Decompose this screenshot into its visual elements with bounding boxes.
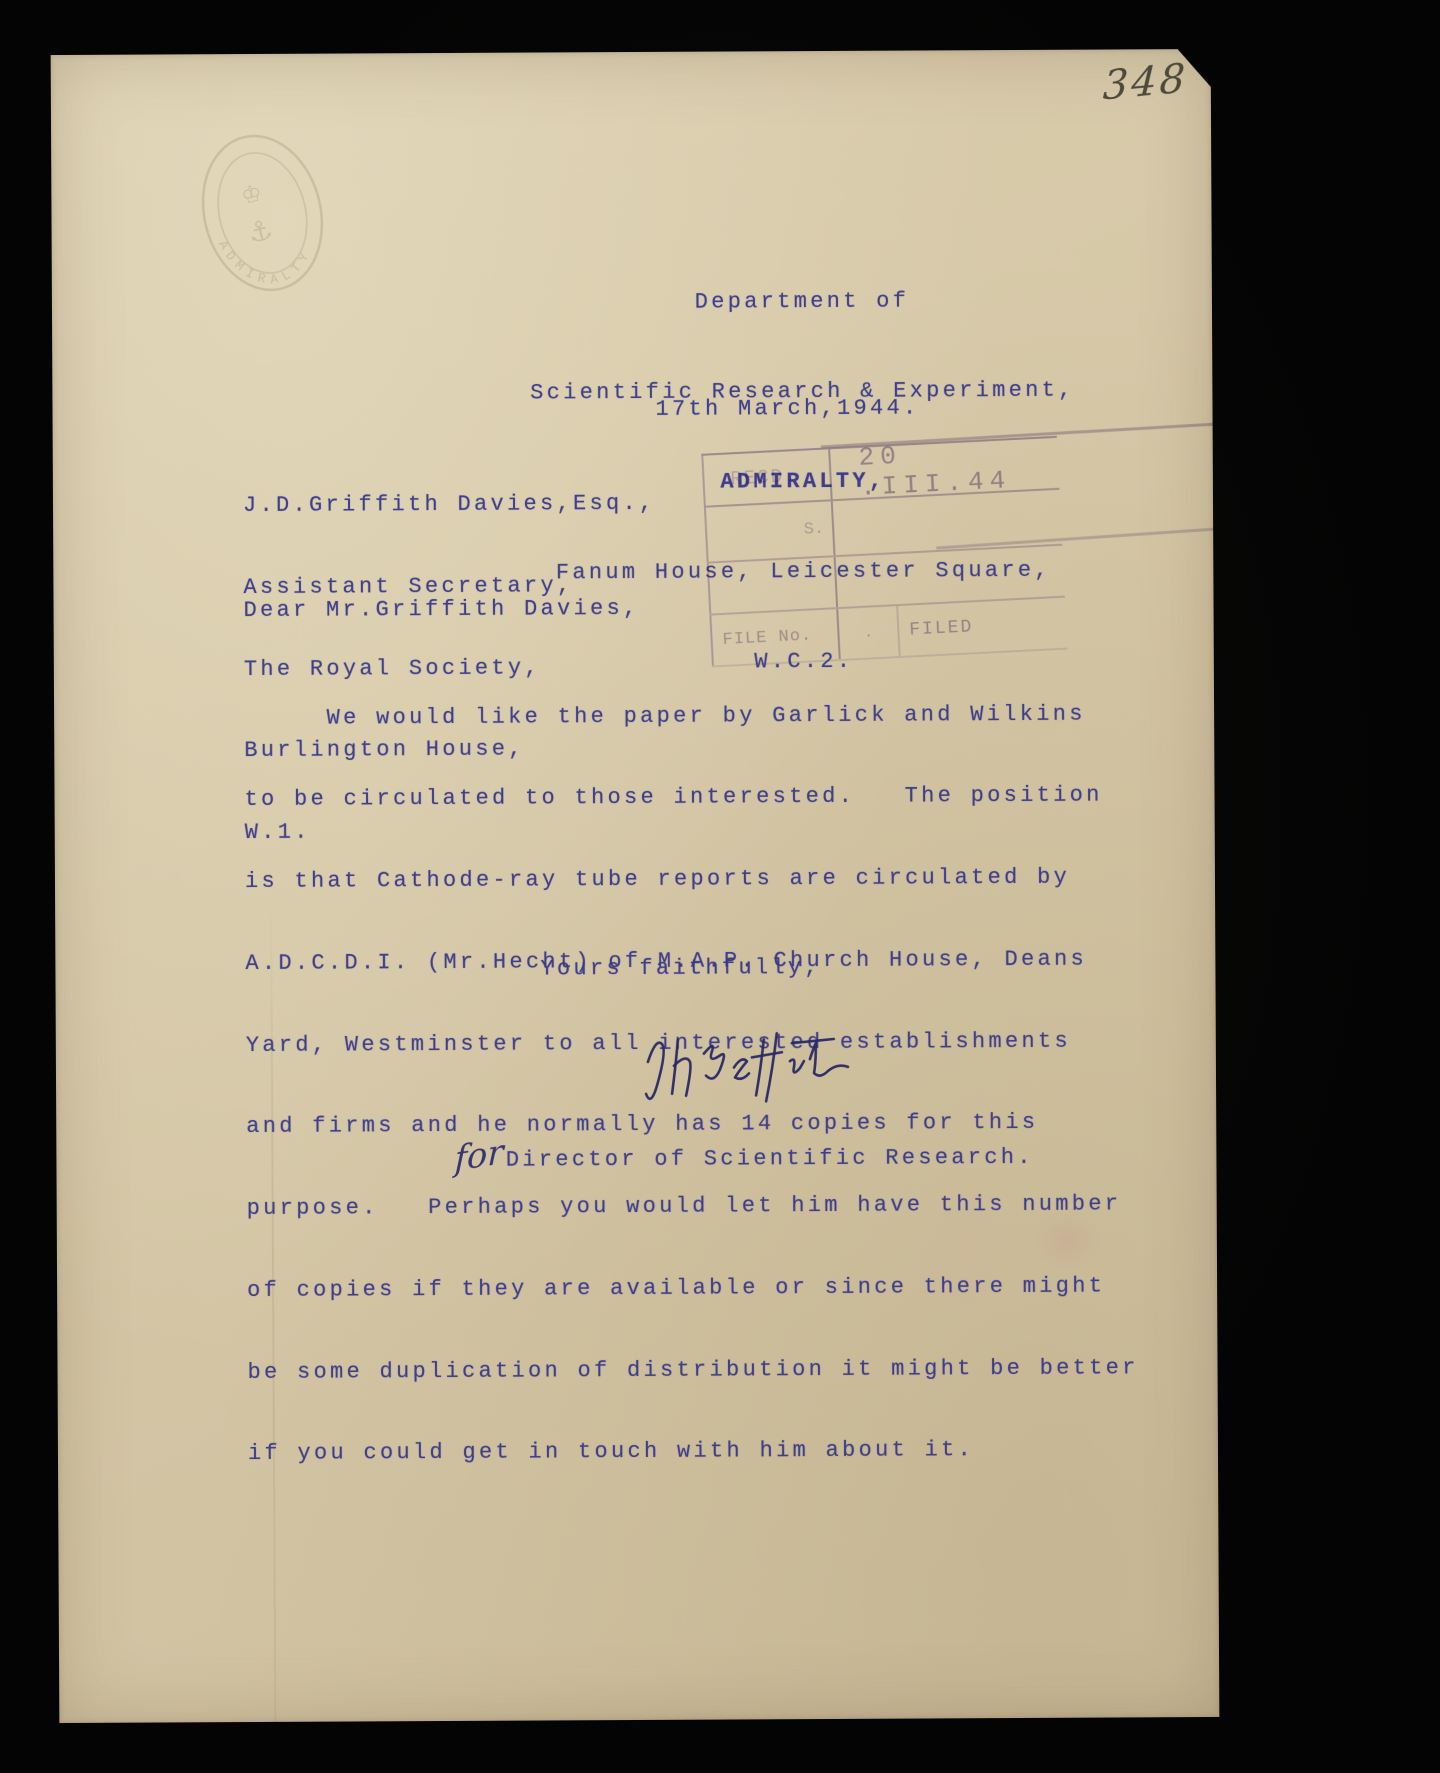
scanned-letter-photograph: ♔ ⚓ ADMIRALTY 348 Department of Scientif… <box>0 0 1440 1773</box>
body-line: purpose. Perhaps you would let him have … <box>247 1190 1138 1222</box>
stamp-filed-label: FILED <box>899 617 974 641</box>
closing-valediction: Yours faithfully, <box>540 954 821 983</box>
signoff-row: for Director of Scientific Research. <box>454 1132 1034 1169</box>
crown-icon: ♔ <box>239 176 265 213</box>
body-line: is that Cathode-ray tube reports are cir… <box>245 863 1136 895</box>
body-line: to be circulated to those interested. Th… <box>244 782 1135 814</box>
anchor-icon: ⚓ <box>246 212 275 254</box>
body-line: be some duplication of distribution it m… <box>247 1354 1138 1386</box>
stamp-s-label: S. <box>803 519 832 539</box>
admiralty-embossed-seal-icon: ♔ ⚓ ADMIRALTY <box>178 115 346 312</box>
letter-date: 17th March,1944. <box>655 395 919 424</box>
body-line: of copies if they are available or since… <box>247 1272 1138 1304</box>
stamp-recd-label: RECD. <box>704 465 798 492</box>
stamp-file-no-label: FILE No. <box>712 626 812 650</box>
body-line: We would like the paper by Garlick and W… <box>244 700 1135 732</box>
salutation: Dear Mr.Griffith Davies, <box>243 595 639 624</box>
recipient-line: J.D.Griffith Davies,Esq., <box>243 490 656 519</box>
received-date-stamp: RECD. 20 .III.44 S. FILE No. . FILED <box>701 436 1067 662</box>
handwritten-signature <box>634 1023 864 1119</box>
body-line: if you could get in touch with him about… <box>248 1436 1139 1468</box>
stamp-file-no-value: . <box>838 606 900 659</box>
letterhead-line: Department of <box>347 285 1257 320</box>
signoff-title: Director of Scientific Research. <box>506 1144 1034 1174</box>
archive-page-number: 348 <box>1102 55 1189 109</box>
handwritten-for-prefix: for <box>454 1135 504 1177</box>
letter-paper: ♔ ⚓ ADMIRALTY 348 Department of Scientif… <box>51 49 1220 1723</box>
paper-stain <box>1032 1210 1102 1270</box>
